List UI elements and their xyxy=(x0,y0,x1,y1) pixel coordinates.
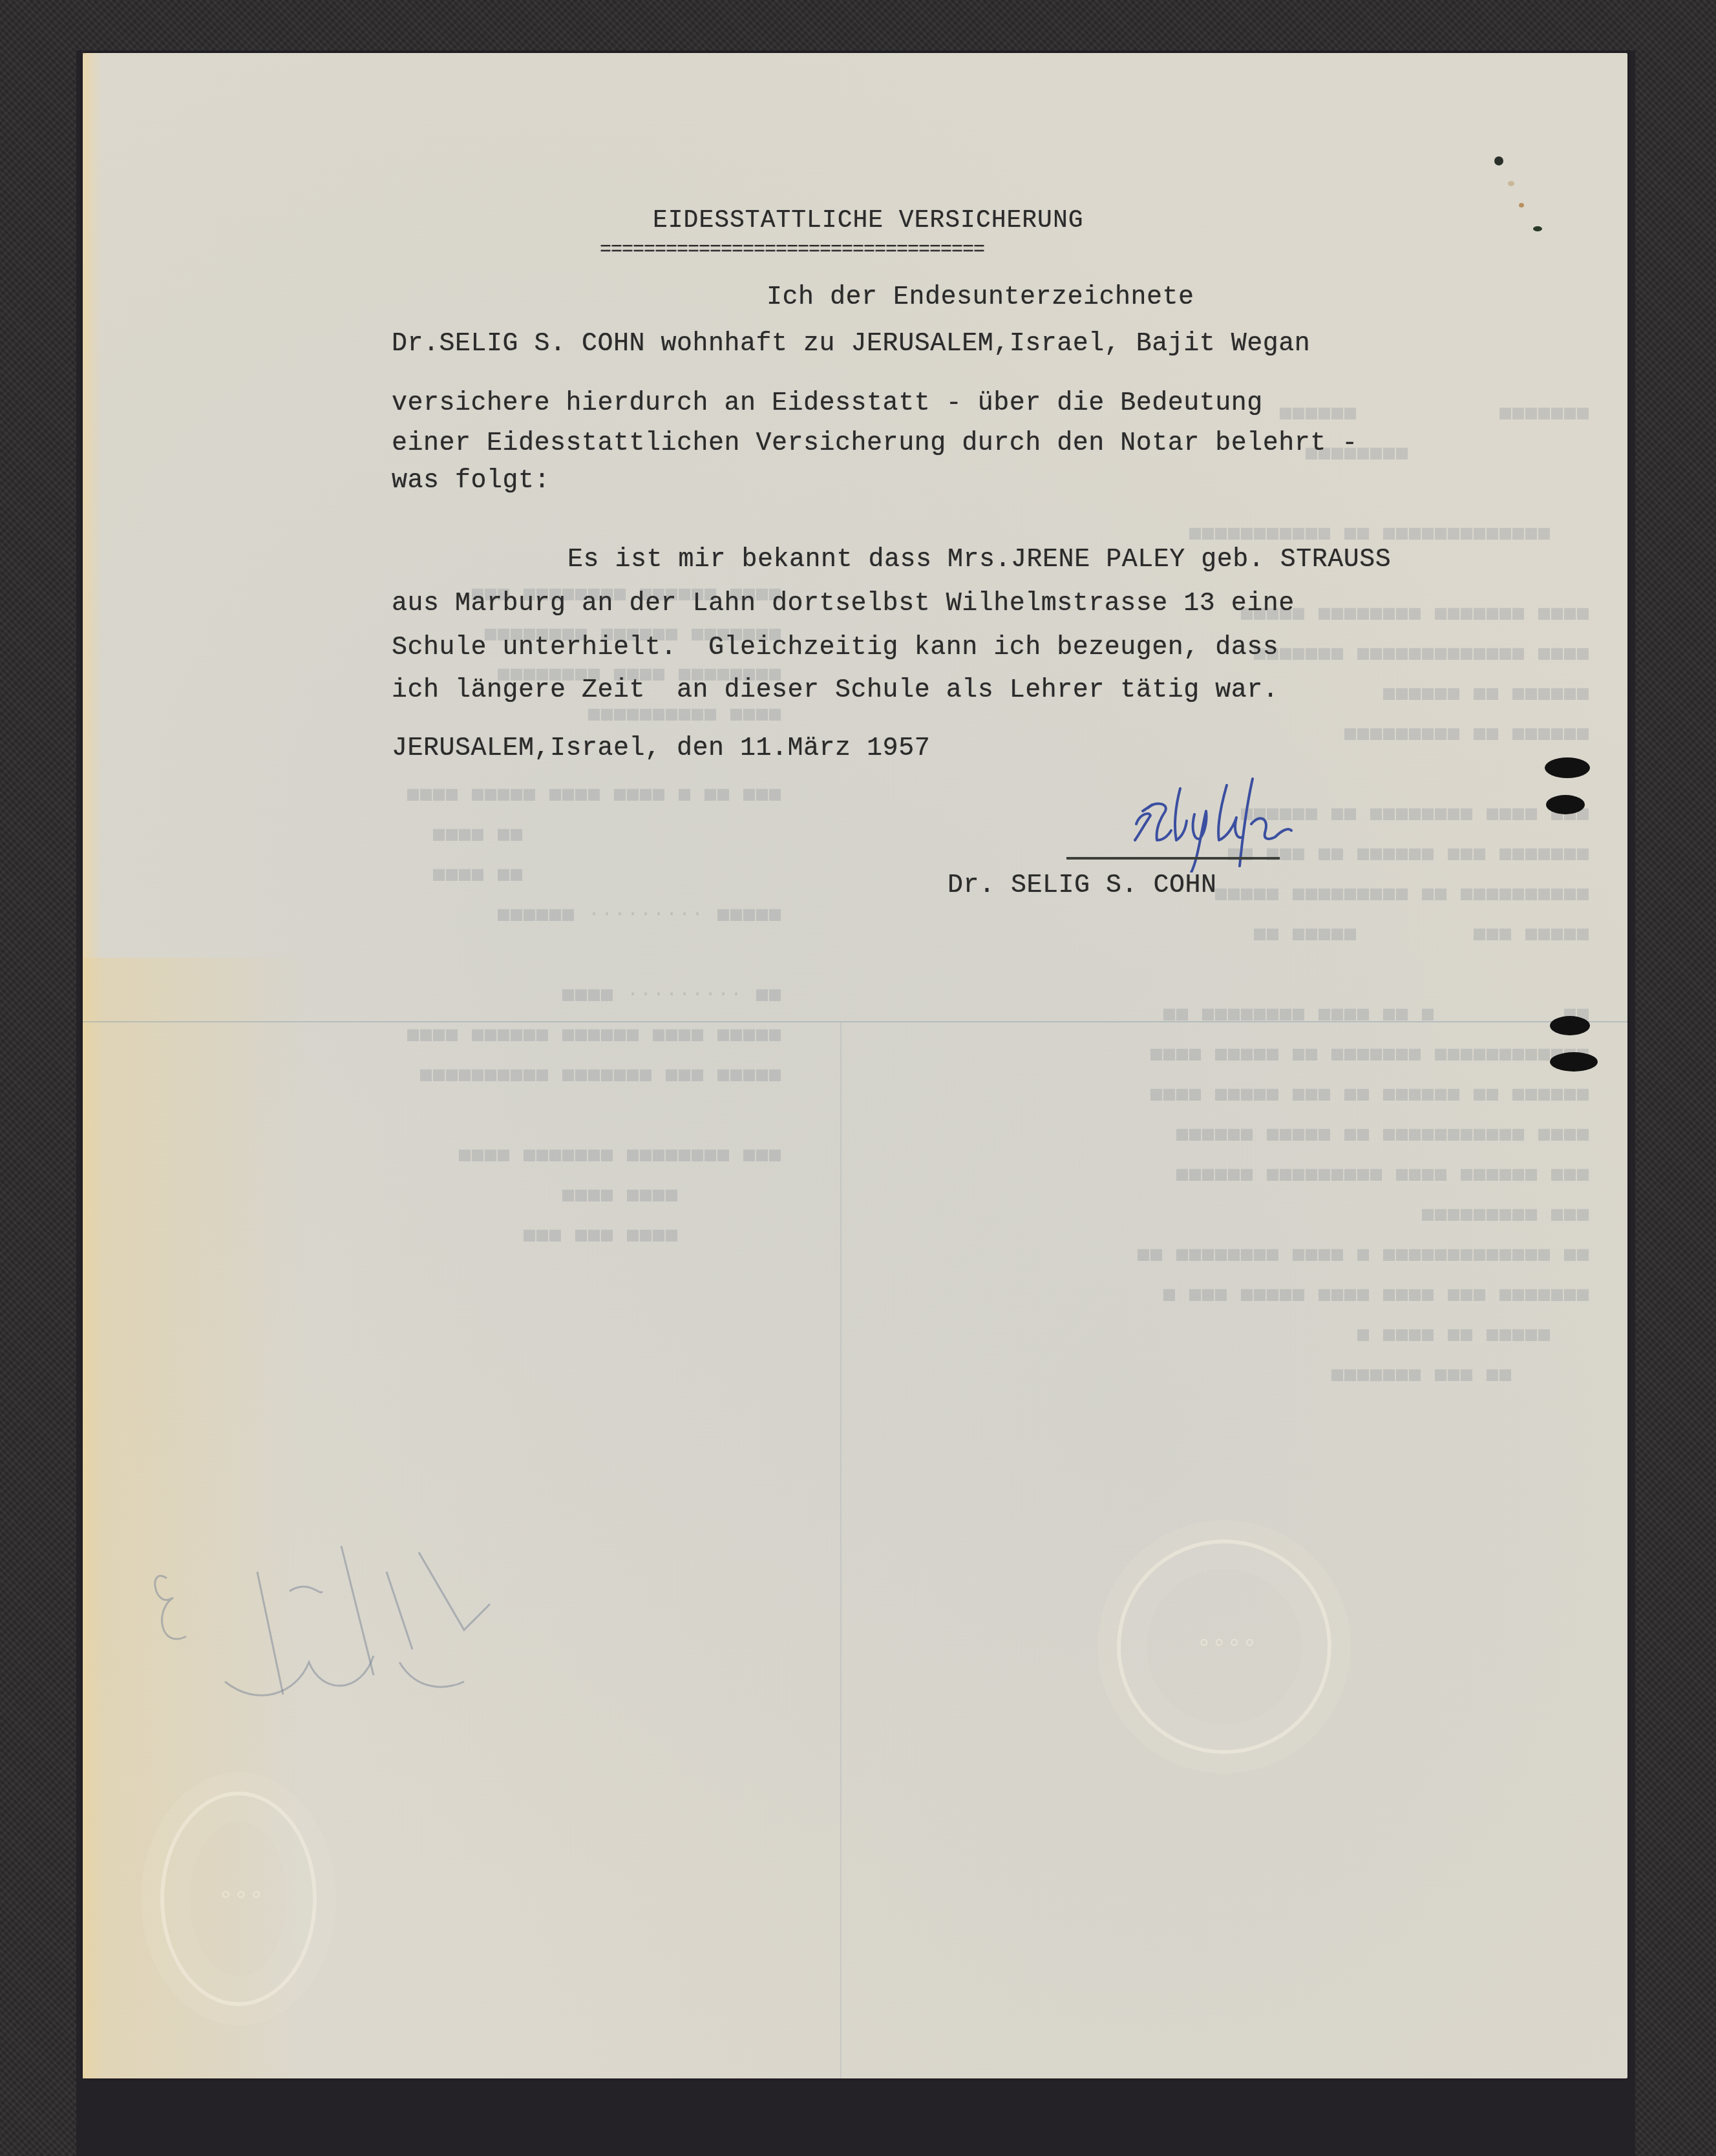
paper-speck xyxy=(1533,226,1542,231)
paper-speck xyxy=(1508,181,1514,186)
paragraph2-line1: Es ist mir bekannt dass Mrs.JRENE PALEY … xyxy=(567,545,1391,575)
place-date: JERUSALEM,Israel, den 11.März 1957 xyxy=(392,734,930,763)
embossed-seal-left: ◦◦◦ xyxy=(160,1791,317,2006)
punch-hole-3 xyxy=(1550,1016,1590,1035)
paper-speck xyxy=(1494,156,1503,165)
seal-text-decoration: ◦◦◦◦ xyxy=(1121,1626,1328,1658)
embossed-notary-seal: ◦◦◦◦ xyxy=(1117,1539,1331,1754)
fold-line-vertical xyxy=(840,1022,842,2078)
paragraph2-line4: ich längere Zeit an dieser Schule als Le… xyxy=(392,676,1278,705)
intro-line: Ich der Endesunterzeichnete xyxy=(767,283,1194,312)
signatory-name: Dr. SELIG S. COHN xyxy=(948,871,1217,900)
paragraph1-line1: Dr.SELIG S. COHN wohnhaft zu JERUSALEM,I… xyxy=(392,330,1310,359)
pencil-annotation xyxy=(128,1501,580,1714)
paragraph1-line4: was folgt: xyxy=(392,467,550,496)
document-title: EIDESSTATTLICHE VERSICHERUNG xyxy=(653,207,1084,235)
paragraph1-line2: versichere hierdurch an Eidesstatt - übe… xyxy=(392,389,1263,418)
paragraph2-line2: aus Marburg an der Lahn dortselbst Wilhe… xyxy=(392,589,1295,618)
title-underline: =================================== xyxy=(600,239,984,261)
document-page: ▄▄▄▄ ▄▄▄▄▄▄ ▄▄▄▄▄▄▄▄ ▄▄▄ ▄▄▄▄▄▄▄ ▄▄▄▄▄▄ … xyxy=(83,53,1627,2078)
punch-hole-1 xyxy=(1545,757,1590,778)
punch-hole-2 xyxy=(1546,795,1585,814)
punch-hole-4 xyxy=(1550,1052,1598,1072)
paragraph1-line3: einer Eidesstattlichen Versicherung durc… xyxy=(392,429,1358,458)
signature-line xyxy=(1066,857,1280,860)
seal-text-decoration-left: ◦◦◦ xyxy=(164,1878,313,1910)
paragraph2-line3: Schule unterhielt. Gleichzeitig kann ich… xyxy=(392,633,1278,662)
paper-speck xyxy=(1519,203,1524,207)
